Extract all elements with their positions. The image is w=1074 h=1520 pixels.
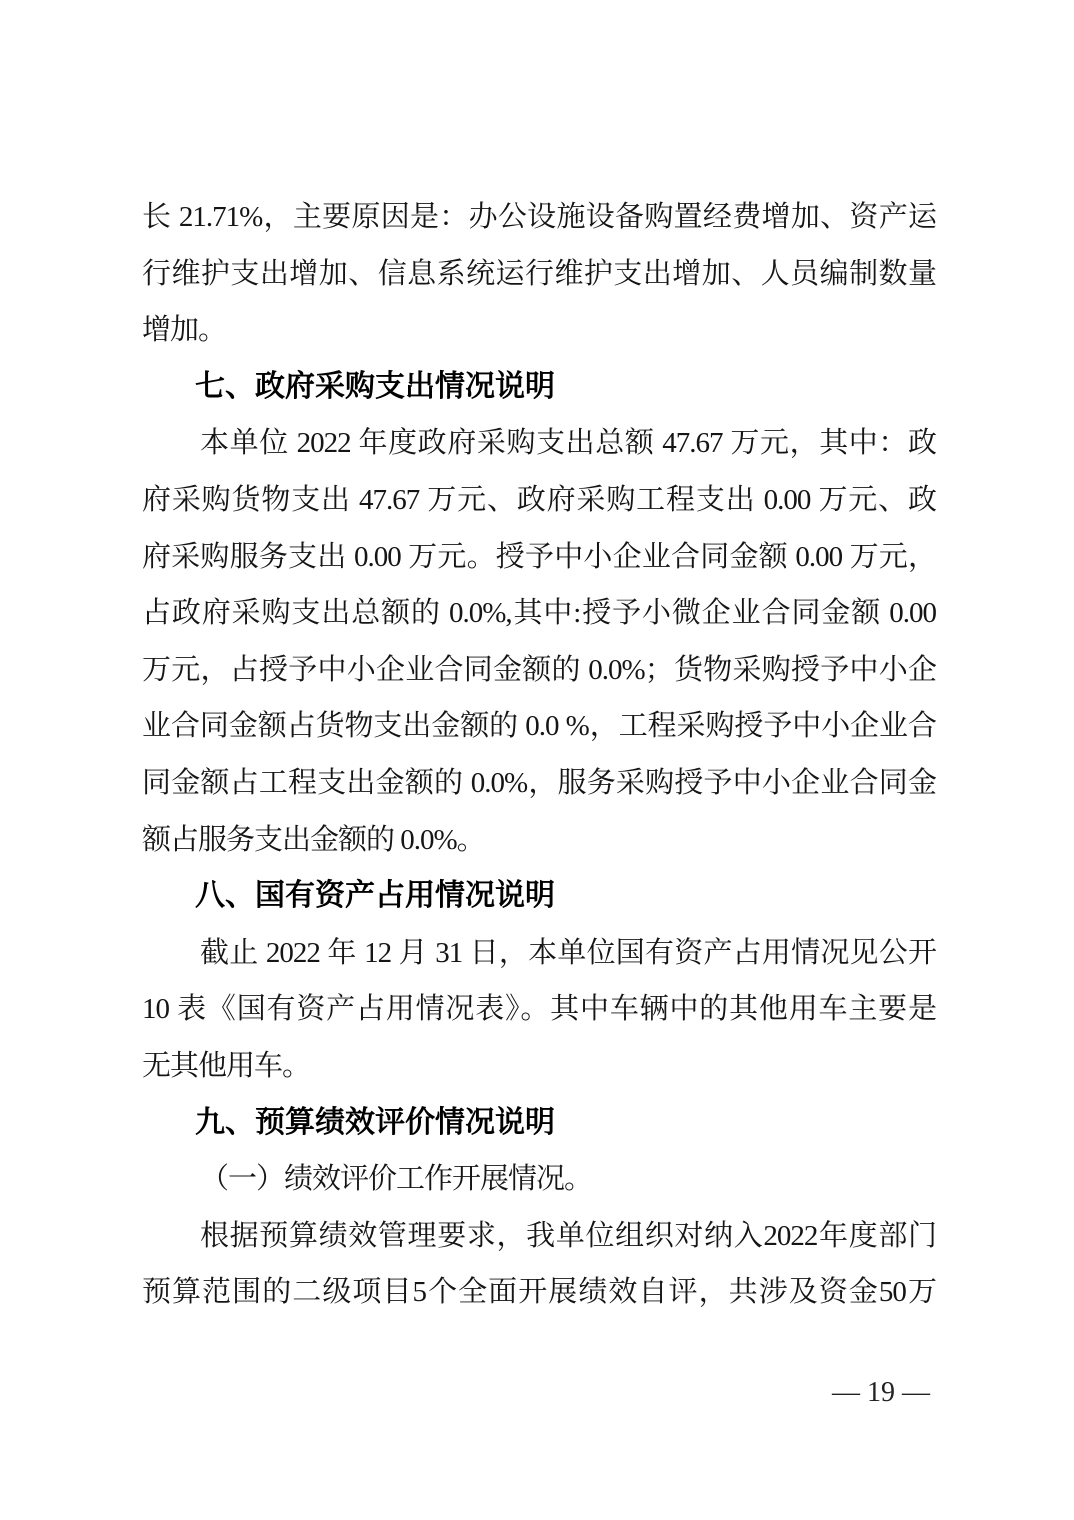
heading-section-nine-performance: 九、预算绩效评价情况说明 <box>142 1095 936 1152</box>
doc-line-06: 府采购货物支出 47.67 万元、政府采购工程支出 0.00 万元、政 <box>142 472 936 529</box>
doc-line-19: 根据预算绩效管理要求，我单位组织对纳入2022年度部门 <box>142 1208 936 1265</box>
heading-section-seven-procurement: 七、政府采购支出情况说明 <box>142 359 936 416</box>
page-number: — 19 — <box>832 1376 930 1410</box>
doc-line-02: 行维护支出增加、信息系统运行维护支出增加、人员编制数量 <box>142 246 936 303</box>
doc-line-08: 占政府采购支出总额的 0.0%,其中:授予小微企业合同金额 0.00 <box>142 585 936 642</box>
doc-line-11: 同金额占工程支出金额的 0.0%，服务采购授予中小企业合同金 <box>142 755 936 812</box>
doc-line-01: 长 21.71%，主要原因是：办公设施设备购置经费增加、资产运 <box>142 189 936 246</box>
doc-line-12: 额占服务支出金额的 0.0%。 <box>142 812 936 869</box>
doc-line-10: 业合同金额占货物支出金额的 0.0 %，工程采购授予中小企业合 <box>142 698 936 755</box>
doc-line-09: 万元，占授予中小企业合同金额的 0.0%；货物采购授予中小企 <box>142 642 936 699</box>
doc-line-18: （一）绩效评价工作开展情况。 <box>142 1151 936 1208</box>
doc-line-03: 增加。 <box>142 302 936 359</box>
heading-section-eight-state-assets: 八、国有资产占用情况说明 <box>142 868 936 925</box>
doc-line-15: 10 表《国有资产占用情况表》。其中车辆中的其他用车主要是 <box>142 981 936 1038</box>
doc-line-14: 截止 2022 年 12 月 31 日，本单位国有资产占用情况见公开 <box>142 925 936 982</box>
doc-line-20: 预算范围的二级项目5个全面开展绩效自评，共涉及资金50万 <box>142 1264 936 1321</box>
document-body: 长 21.71%，主要原因是：办公设施设备购置经费增加、资产运 行维护支出增加、… <box>142 189 936 1321</box>
doc-line-07: 府采购服务支出 0.00 万元。授予中小企业合同金额 0.00 万元， <box>142 529 936 586</box>
doc-line-05: 本单位 2022 年度政府采购支出总额 47.67 万元，其中：政 <box>142 415 936 472</box>
doc-line-16: 无其他用车。 <box>142 1038 936 1095</box>
document-page: 长 21.71%，主要原因是：办公设施设备购置经费增加、资产运 行维护支出增加、… <box>0 0 1074 1520</box>
